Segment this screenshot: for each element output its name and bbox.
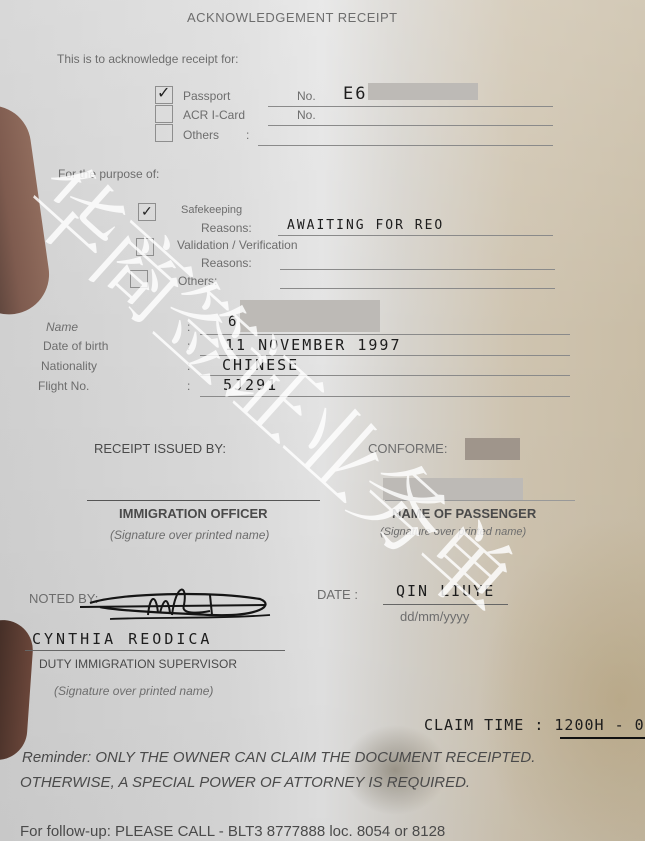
others-purpose-checkbox[interactable] xyxy=(130,270,148,288)
validation-reasons-label: Reasons: xyxy=(201,256,252,270)
others-purpose-line xyxy=(280,288,555,289)
passport-number-redaction xyxy=(368,83,478,100)
name-label: Name xyxy=(46,320,78,334)
acr-checkbox[interactable] xyxy=(155,105,173,123)
acr-no-line xyxy=(268,125,553,126)
check-icon: ✓ xyxy=(157,86,170,102)
passport-label: Passport xyxy=(183,89,230,103)
safekeeping-label: Safekeeping xyxy=(181,204,242,216)
nationality-value: CHINESE xyxy=(222,356,299,374)
acr-no-label: No. xyxy=(297,108,316,122)
purpose-label: For the purpose of: xyxy=(58,167,159,181)
others-doc-checkbox[interactable] xyxy=(155,124,173,142)
nationality-colon: : xyxy=(187,359,190,373)
reminder-line-2: OTHERWISE, A SPECIAL POWER OF ATTORNEY I… xyxy=(20,774,470,791)
others-doc-line xyxy=(258,145,553,146)
document-title: ACKNOWLEDGEMENT RECEIPT xyxy=(187,10,398,25)
validation-reasons-line xyxy=(280,269,555,270)
others-purpose-label: Others: xyxy=(178,274,217,288)
flight-label: Flight No. xyxy=(38,379,89,393)
safekeeping-reasons-label: Reasons: xyxy=(201,221,252,235)
conforme-redaction xyxy=(465,438,520,460)
dob-label: Date of birth xyxy=(43,339,108,353)
supervisor-title: DUTY IMMIGRATION SUPERVISOR xyxy=(39,657,237,671)
name-colon: : xyxy=(187,320,190,334)
supervisor-subtitle: (Signature over printed name) xyxy=(54,684,213,698)
name-value: 6 xyxy=(228,314,238,330)
date-value: QIN LIUYE xyxy=(396,582,495,600)
check-icon: ✓ xyxy=(141,203,153,219)
date-label: DATE : xyxy=(317,587,358,602)
passenger-signature-line xyxy=(385,500,575,501)
date-format: dd/mm/yyyy xyxy=(400,609,469,624)
conforme-label: CONFORME: xyxy=(368,441,447,456)
passport-no-label: No. xyxy=(297,89,316,103)
validation-checkbox[interactable] xyxy=(136,238,154,256)
officer-title: IMMIGRATION OFFICER xyxy=(119,506,268,521)
nationality-label: Nationality xyxy=(41,359,97,373)
others-doc-label: Others xyxy=(183,128,219,142)
safekeeping-reasons-value: AWAITING FOR REO xyxy=(287,218,444,233)
name-line xyxy=(200,334,570,335)
flight-line xyxy=(200,396,570,397)
acr-label: ACR I-Card xyxy=(183,108,245,122)
others-doc-colon: : xyxy=(246,128,249,142)
passenger-subtitle: (Signature over printed name) xyxy=(380,526,526,538)
officer-subtitle: (Signature over printed name) xyxy=(110,528,269,542)
claim-time: CLAIM TIME : 1200H - 050 xyxy=(424,716,645,734)
receipt-paper xyxy=(0,0,645,841)
passenger-signature-redaction xyxy=(383,478,523,500)
name-redaction xyxy=(240,300,380,332)
flight-value: 5J291 xyxy=(223,376,278,394)
dob-colon: : xyxy=(187,339,190,353)
reminder-line-1: Reminder: ONLY THE OWNER CAN CLAIM THE D… xyxy=(22,749,535,766)
officer-signature-line xyxy=(87,500,320,501)
safekeeping-reasons-line xyxy=(278,235,553,236)
follow-up-text: For follow-up: PLEASE CALL - BLT3 877788… xyxy=(20,823,445,840)
date-line xyxy=(383,604,508,605)
flight-colon: : xyxy=(187,379,190,393)
passport-number: E6 xyxy=(343,84,367,104)
dob-value: 11 NOVEMBER 1997 xyxy=(225,336,402,354)
passenger-title: NAME OF PASSENGER xyxy=(392,506,536,521)
intro-text: This is to acknowledge receipt for: xyxy=(57,52,238,66)
supervisor-name: CYNTHIA REODICA xyxy=(32,630,212,648)
validation-label: Validation / Verification xyxy=(177,238,298,252)
supervisor-signature-icon xyxy=(60,585,280,630)
claim-time-underline xyxy=(560,737,645,739)
passport-no-line xyxy=(268,106,553,107)
issued-by-label: RECEIPT ISSUED BY: xyxy=(94,441,226,456)
supervisor-signature-line xyxy=(25,650,285,651)
